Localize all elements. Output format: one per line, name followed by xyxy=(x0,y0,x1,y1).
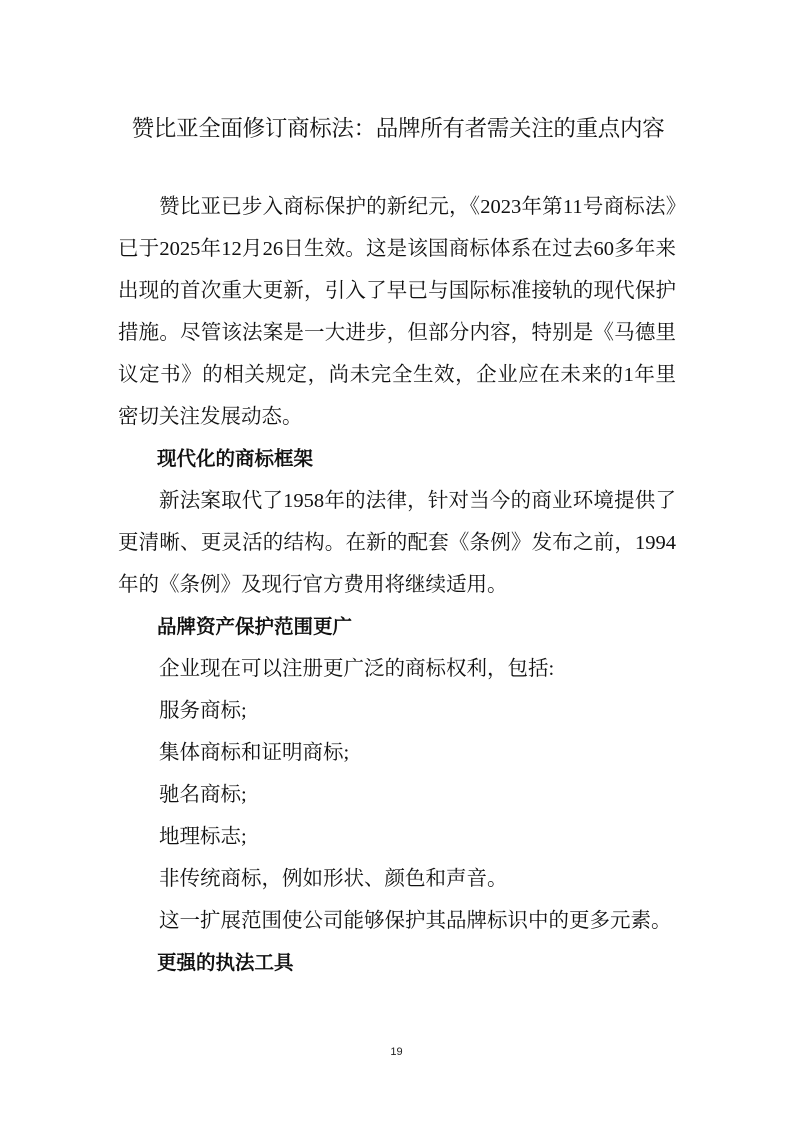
list-item-geographical-indications: 地理标志; xyxy=(118,816,676,858)
page-number: 19 xyxy=(0,1046,793,1058)
section-heading-enforcement-tools: 更强的执法工具 xyxy=(118,942,676,984)
framework-paragraph: 新法案取代了1958年的法律，针对当今的商业环境提供了更清晰、更灵活的结构。在新… xyxy=(118,480,676,606)
list-item-collective-certification-marks: 集体商标和证明商标; xyxy=(118,732,676,774)
document-page: 赞比亚全面修订商标法：品牌所有者需关注的重点内容 赞比亚已步入商标保护的新纪元，… xyxy=(0,0,793,1122)
intro-paragraph: 赞比亚已步入商标保护的新纪元，《2023年第11号商标法》已于2025年12月2… xyxy=(118,186,676,438)
section-heading-modern-framework: 现代化的商标框架 xyxy=(118,438,676,480)
section-heading-broader-protection: 品牌资产保护范围更广 xyxy=(118,606,676,648)
document-body: 赞比亚已步入商标保护的新纪元，《2023年第11号商标法》已于2025年12月2… xyxy=(118,186,676,984)
scope-summary-paragraph: 这一扩展范围使公司能够保护其品牌标识中的更多元素。 xyxy=(118,900,676,942)
list-item-non-traditional-marks: 非传统商标，例如形状、颜色和声音。 xyxy=(118,858,676,900)
protection-intro-paragraph: 企业现在可以注册更广泛的商标权利，包括: xyxy=(118,648,676,690)
document-title: 赞比亚全面修订商标法：品牌所有者需关注的重点内容 xyxy=(110,108,686,151)
list-item-well-known-marks: 驰名商标; xyxy=(118,774,676,816)
list-item-service-marks: 服务商标; xyxy=(118,690,676,732)
